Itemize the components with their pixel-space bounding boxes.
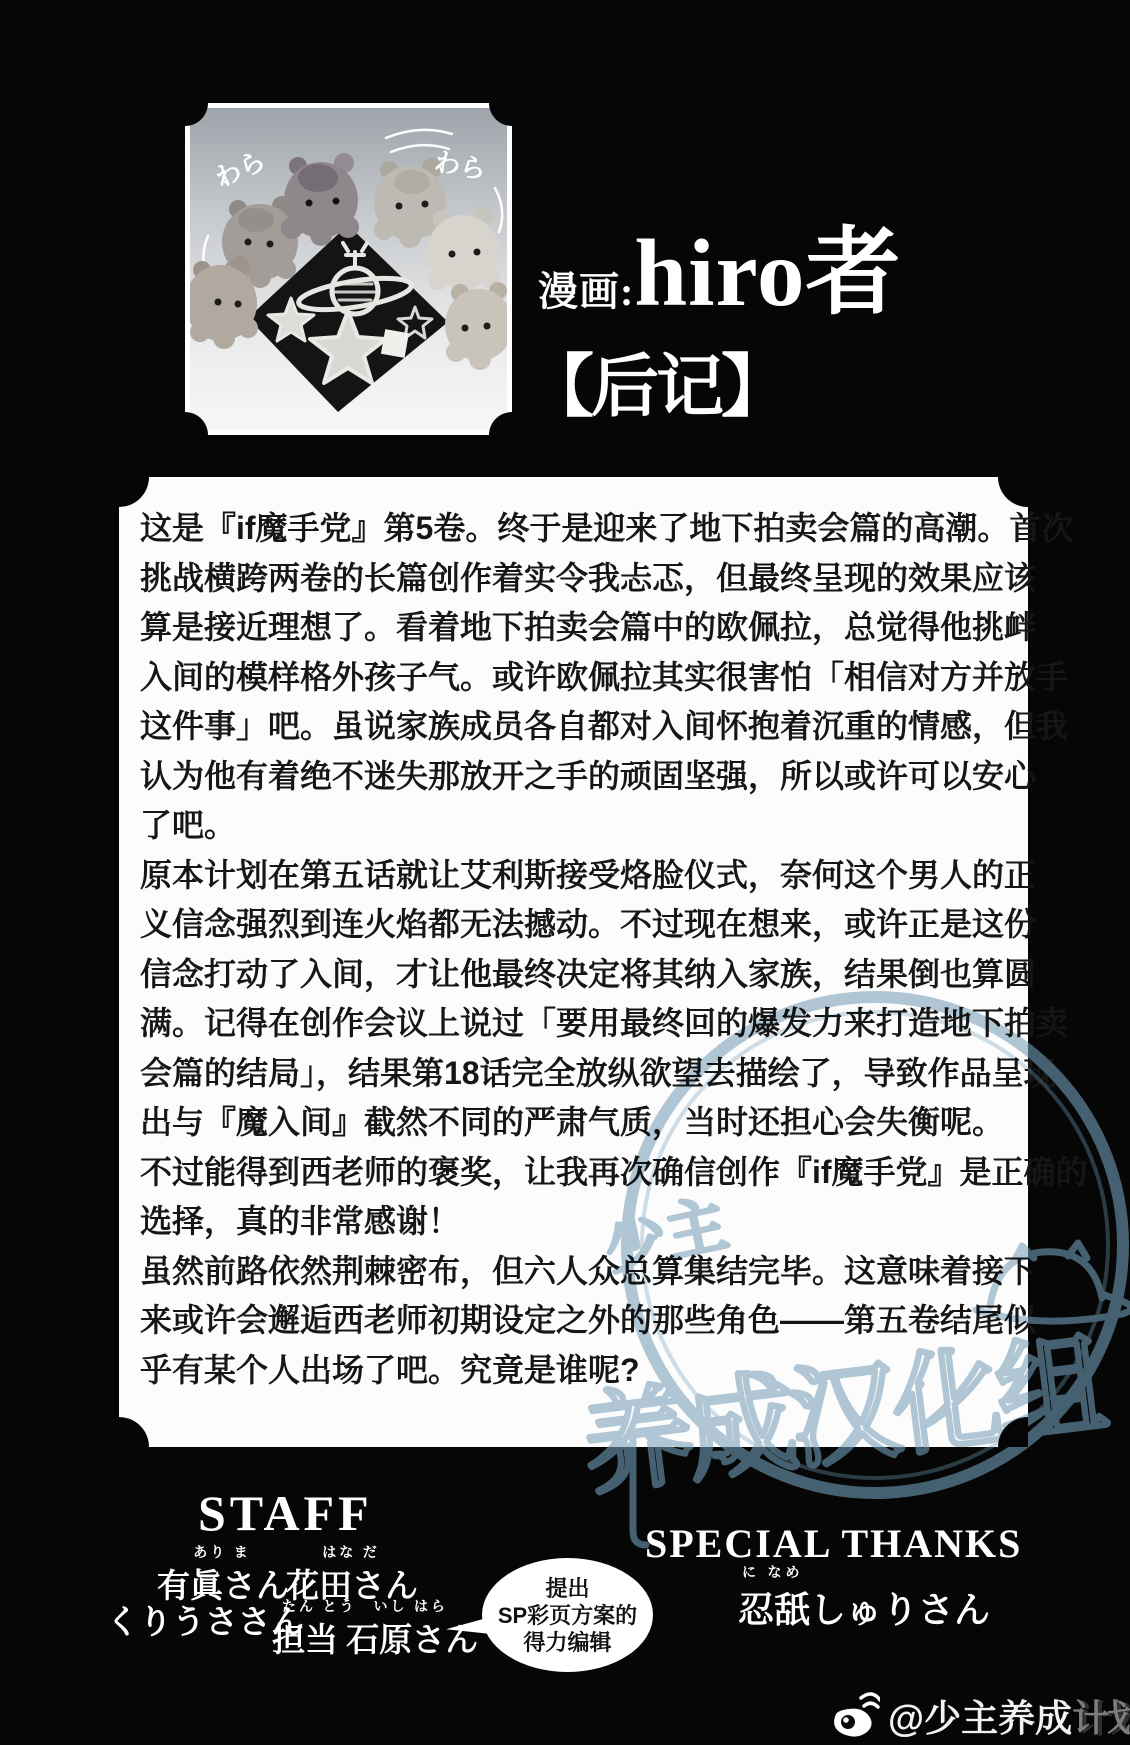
credits-section: STAFF あり ま 有眞さん はな だ 花田さん くりうささん たん とう い… — [0, 0, 1130, 1745]
weibo-icon — [828, 1692, 880, 1738]
speech-bubble-tail — [445, 1618, 488, 1638]
weibo-handle-main: @少主养成 — [888, 1698, 1072, 1739]
special-thanks-name: 忍舐しゅりさん — [738, 1582, 990, 1633]
weibo-watermark: @少主养成计划 — [828, 1688, 1130, 1742]
manga-afterword-page: { "header": { "credit_label": "漫画:", "cr… — [0, 0, 1130, 1745]
furigana: に なめ — [742, 1562, 990, 1582]
staff-heading: STAFF — [198, 1484, 373, 1542]
furigana: はな だ — [286, 1542, 416, 1560]
speech-bubble-line: SP彩页方案的 — [498, 1602, 637, 1629]
special-thanks-member: に なめ 忍舐しゅりさん — [738, 1562, 990, 1633]
speech-bubble-line: 得力编辑 — [498, 1629, 637, 1656]
weibo-handle-ghost: 计划 — [1072, 1698, 1130, 1739]
staff-member: くりうささん — [106, 1596, 276, 1643]
speech-bubble-line: 提出 — [498, 1575, 637, 1602]
weibo-handle: @少主养成计划 — [888, 1688, 1130, 1742]
speech-bubble-text: 提出SP彩页方案的得力编辑 — [498, 1575, 637, 1656]
furigana: あり ま — [157, 1542, 287, 1560]
staff-member: たん とう いし はら 担当 石原さん — [272, 1596, 458, 1661]
staff-member-name: 担当 石原さん — [272, 1614, 458, 1661]
editor-speech-bubble: 提出SP彩页方案的得力编辑 — [482, 1558, 653, 1672]
special-thanks-heading: SPECIAL THANKS — [645, 1520, 1022, 1567]
furigana: たん とう いし はら — [272, 1596, 458, 1614]
staff-member-name: くりうささん — [106, 1596, 276, 1643]
